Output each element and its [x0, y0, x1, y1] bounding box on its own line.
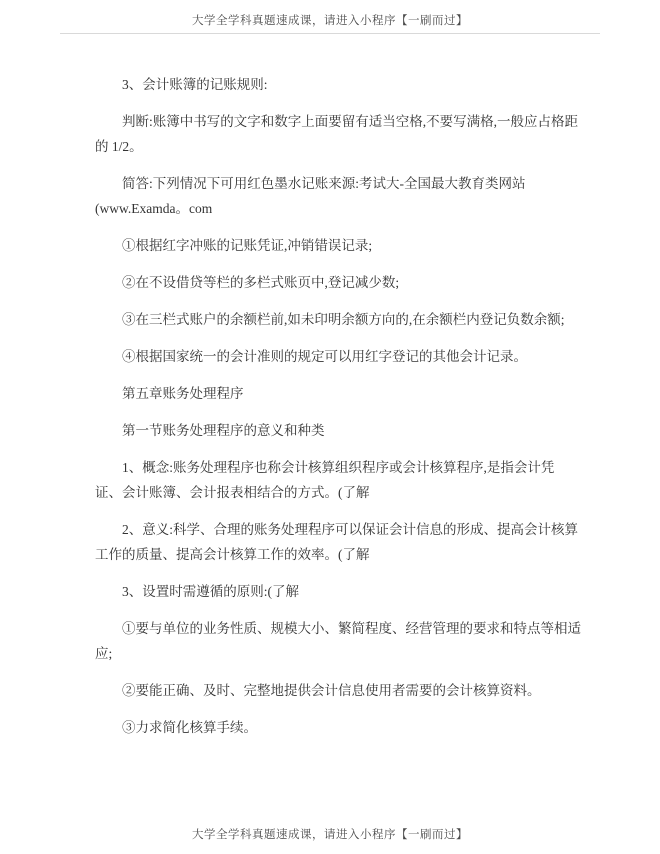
- paragraph-line: 简答:下列情况下可用红色墨水记账来源:考试大-全国最大教育类网站: [95, 171, 570, 196]
- paragraph-line: ①要与单位的业务性质、规模大小、繁简程度、经营管理的要求和特点等相适: [95, 616, 570, 641]
- page-footer: 大学全学科真题速成课，请进入小程序【一刷而过】: [0, 828, 660, 842]
- paragraph: 3、会计账簿的记账规则:: [95, 72, 570, 97]
- paragraph: ①根据红字冲账的记账凭证,冲销错误记录;: [95, 233, 570, 258]
- paragraph-line: 第五章账务处理程序: [95, 381, 570, 406]
- paragraph: ③在三栏式账户的余额栏前,如未印明余额方向的,在余额栏内登记负数余额;: [95, 307, 570, 332]
- paragraph: 简答:下列情况下可用红色墨水记账来源:考试大-全国最大教育类网站 (www.Ex…: [95, 171, 570, 221]
- paragraph-line: ③在三栏式账户的余额栏前,如未印明余额方向的,在余额栏内登记负数余额;: [95, 307, 570, 332]
- document-body: 3、会计账簿的记账规则: 判断:账簿中书写的文字和数字上面要留有适当空格,不要写…: [0, 34, 660, 740]
- paragraph-line: (www.Examda。com: [95, 196, 570, 221]
- page-header: 大学全学科真题速成课，请进入小程序【一刷而过】: [0, 0, 660, 28]
- footer-promo-text: 大学全学科真题速成课，请进入小程序【一刷而过】: [192, 829, 468, 841]
- paragraph-line: 3、会计账簿的记账规则:: [95, 72, 570, 97]
- paragraph: ②在不设借贷等栏的多栏式账页中,登记减少数;: [95, 270, 570, 295]
- paragraph: ③力求简化核算手续。: [95, 715, 570, 740]
- paragraph-line: ③力求简化核算手续。: [95, 715, 570, 740]
- paragraph: ④根据国家统一的会计准则的规定可以用红字登记的其他会计记录。: [95, 344, 570, 369]
- paragraph: 2、意义:科学、合理的账务处理程序可以保证会计信息的形成、提高会计核算 工作的质…: [95, 517, 570, 567]
- paragraph: ②要能正确、及时、完整地提供会计信息使用者需要的会计核算资料。: [95, 678, 570, 703]
- paragraph-line: ④根据国家统一的会计准则的规定可以用红字登记的其他会计记录。: [95, 344, 570, 369]
- paragraph-line: 第一节账务处理程序的意义和种类: [95, 418, 570, 443]
- paragraph: 判断:账簿中书写的文字和数字上面要留有适当空格,不要写满格,一般应占格距 的 1…: [95, 109, 570, 159]
- paragraph-line: 工作的质量、提高会计核算工作的效率。(了解: [95, 542, 570, 567]
- paragraph-line: ②要能正确、及时、完整地提供会计信息使用者需要的会计核算资料。: [95, 678, 570, 703]
- paragraph-line: 证、会计账簿、会计报表相结合的方式。(了解: [95, 480, 570, 505]
- document-page: 大学全学科真题速成课，请进入小程序【一刷而过】 3、会计账簿的记账规则: 判断:…: [0, 0, 660, 854]
- paragraph-line: ①根据红字冲账的记账凭证,冲销错误记录;: [95, 233, 570, 258]
- paragraph-line: 1、概念:账务处理程序也称会计核算组织程序或会计核算程序,是指会计凭: [95, 455, 570, 480]
- paragraph-line: 判断:账簿中书写的文字和数字上面要留有适当空格,不要写满格,一般应占格距: [95, 109, 570, 134]
- paragraph: 1、概念:账务处理程序也称会计核算组织程序或会计核算程序,是指会计凭 证、会计账…: [95, 455, 570, 505]
- paragraph: ①要与单位的业务性质、规模大小、繁简程度、经营管理的要求和特点等相适 应;: [95, 616, 570, 666]
- paragraph-line: 的 1/2。: [95, 134, 570, 159]
- paragraph-line: 应;: [95, 641, 570, 666]
- paragraph-line: ②在不设借贷等栏的多栏式账页中,登记减少数;: [95, 270, 570, 295]
- section-heading: 第一节账务处理程序的意义和种类: [95, 418, 570, 443]
- chapter-heading: 第五章账务处理程序: [95, 381, 570, 406]
- paragraph-line: 3、设置时需遵循的原则:(了解: [95, 579, 570, 604]
- paragraph-line: 2、意义:科学、合理的账务处理程序可以保证会计信息的形成、提高会计核算: [95, 517, 570, 542]
- paragraph: 3、设置时需遵循的原则:(了解: [95, 579, 570, 604]
- header-promo-text: 大学全学科真题速成课，请进入小程序【一刷而过】: [192, 15, 468, 27]
